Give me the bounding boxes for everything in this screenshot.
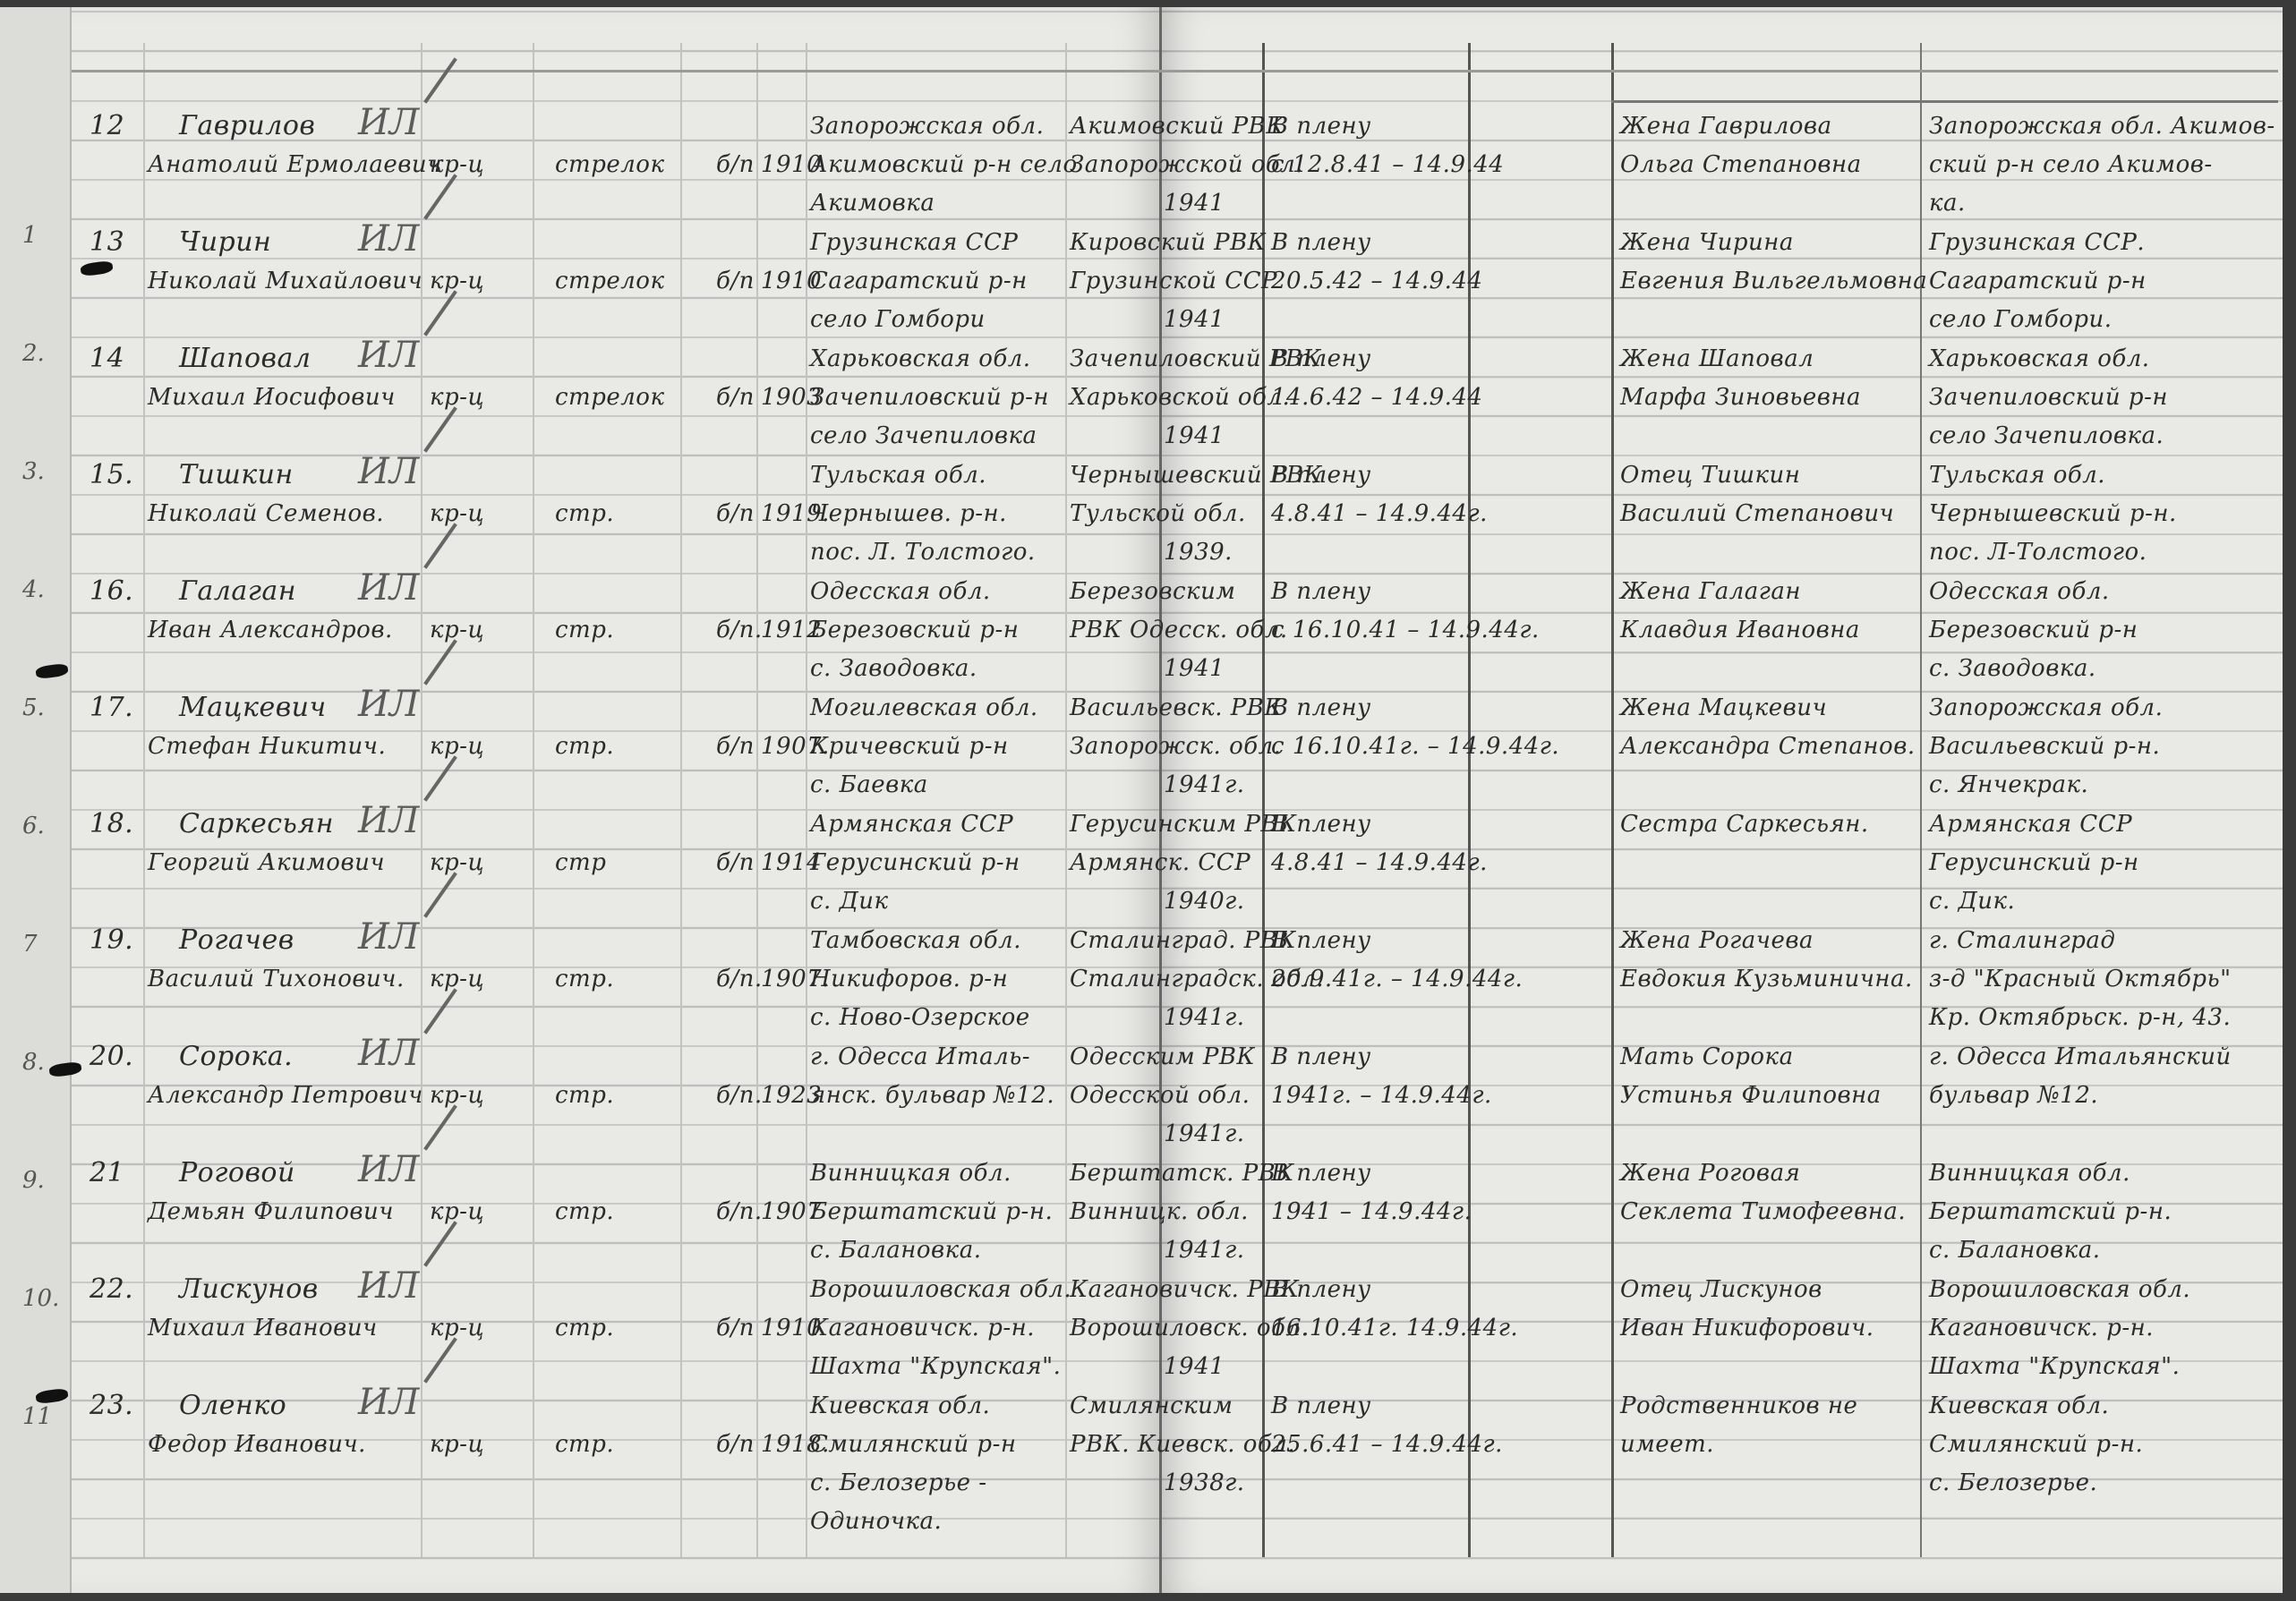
captivity-status-line: 25.6.41 – 14.9.44г. <box>1271 1426 1503 1463</box>
draft-office-line: Тульской обл. <box>1070 495 1246 532</box>
relative-line: имеет. <box>1620 1426 1714 1463</box>
rank: стрелок <box>555 146 664 183</box>
margin-number: 10. <box>22 1285 59 1312</box>
draft-office-line: 1941 <box>1164 650 1225 687</box>
birthplace-line: Одиночка. <box>810 1503 942 1540</box>
initials-mark: ИЛ <box>358 1033 419 1074</box>
relative-address-line: Берштатский р-н. <box>1929 1193 2172 1231</box>
social-status: кр-ц <box>430 146 484 183</box>
draft-office-line: Кагановичск. РВК <box>1070 1271 1299 1308</box>
row-number: 18. <box>90 805 133 843</box>
captivity-status-line: 16.10.41г. 14.9.44г. <box>1271 1309 1518 1347</box>
party-status: б/п <box>716 728 755 765</box>
birthplace-line: с. Дик <box>810 882 889 920</box>
relative-address-line: ка. <box>1929 184 1966 222</box>
captivity-status-line: В плену <box>1271 1387 1371 1425</box>
relative-address-line: с. Заводовка. <box>1929 650 2096 687</box>
draft-office-line: Харьковской обл. <box>1070 379 1290 416</box>
surname: Сорока. <box>179 1038 293 1076</box>
draft-office-line: 1938г. <box>1164 1464 1245 1502</box>
relative-address-line: Запорожская обл. Акимов- <box>1929 107 2275 145</box>
relative-address-line: Смилянский р-н. <box>1929 1426 2143 1463</box>
birthplace-line: село Зачепиловка <box>810 417 1037 455</box>
relative-address-line: с. Дик. <box>1929 882 2015 920</box>
relative-address-line: Киевская обл. <box>1929 1387 2109 1425</box>
captivity-status-line: с 16.10.41г. – 14.9.44г. <box>1271 728 1559 765</box>
given-names: Михаил Иосифович <box>148 379 396 416</box>
birthplace-line: с. Баевка <box>810 766 928 804</box>
relative-address-line: Винницкая обл. <box>1929 1154 2130 1192</box>
relative-line: Жена Шаповал <box>1620 340 1814 378</box>
rank: стр. <box>555 1309 614 1347</box>
draft-office-line: 1941 <box>1164 184 1225 222</box>
birthplace-line: Киевская обл. <box>810 1387 990 1425</box>
birthplace-line: янск. бульвар №12. <box>810 1077 1054 1114</box>
birthplace-line: Сагаратский р-н <box>810 262 1028 300</box>
draft-office-line: Одесской обл. <box>1070 1077 1250 1114</box>
draft-office-line: 1941г. <box>1164 1231 1245 1269</box>
given-names: Александр Петрович <box>148 1077 423 1114</box>
draft-office-line: Берштатск. РВК <box>1070 1154 1294 1192</box>
given-names: Михаил Иванович <box>148 1309 378 1347</box>
column-rule <box>1065 43 1067 1557</box>
column-rule <box>143 43 145 1557</box>
relative-address-line: Чернышевский р-н. <box>1929 495 2177 532</box>
relative-address-line: Березовский р-н <box>1929 611 2138 649</box>
party-status: б/п <box>716 495 755 532</box>
rank: стр. <box>555 1426 614 1463</box>
relative-address-line: с. Белозерье. <box>1929 1464 2097 1502</box>
rank: стрелок <box>555 262 664 300</box>
relative-line: Жена Гаврилова <box>1620 107 1832 145</box>
social-status: кр-ц <box>430 262 484 300</box>
row-number: 20. <box>90 1038 133 1076</box>
birthplace-line: Ворошиловская обл. <box>810 1271 1071 1308</box>
given-names: Стефан Никитич. <box>148 728 386 765</box>
rank: стр. <box>555 611 614 649</box>
relative-address-line: с. Балановка. <box>1929 1231 2100 1269</box>
relative-line: Жена Чирина <box>1620 224 1794 261</box>
column-rule <box>680 43 682 1557</box>
margin-number: 6. <box>22 813 45 839</box>
relative-line: Мать Сорока <box>1620 1038 1794 1076</box>
captivity-status-line: В плену <box>1271 340 1371 378</box>
surname: Лискунов <box>179 1271 319 1308</box>
row-number: 23. <box>90 1387 133 1425</box>
relative-line: Устинья Филиповна <box>1620 1077 1882 1114</box>
initials-mark: ИЛ <box>358 1149 419 1190</box>
birthplace-line: Могилевская обл. <box>810 689 1038 727</box>
relative-line: Иван Никифорович. <box>1620 1309 1874 1347</box>
initials-mark: ИЛ <box>358 1265 419 1307</box>
surname: Саркесьян <box>179 805 334 843</box>
relative-line: Отец Тишкин <box>1620 456 1800 494</box>
party-status: б/п <box>716 379 755 416</box>
social-status: кр-ц <box>430 1077 484 1114</box>
birthplace-line: Герусинский р-н <box>810 844 1020 881</box>
given-names: Анатолий Ермолаевич <box>148 146 442 183</box>
social-status: кр-ц <box>430 728 484 765</box>
relative-line: Александра Степанов. <box>1620 728 1916 765</box>
given-names: Федор Иванович. <box>148 1426 366 1463</box>
birthplace-line: с. Белозерье - <box>810 1464 987 1502</box>
draft-office-line: Грузинской ССР <box>1070 262 1277 300</box>
relative-address-line: село Гомбори. <box>1929 301 2112 338</box>
initials-mark: ИЛ <box>358 102 419 143</box>
draft-office-line: 1941г. <box>1164 766 1245 804</box>
relative-line: Родственников не <box>1620 1387 1857 1425</box>
social-status: кр-ц <box>430 844 484 881</box>
birthplace-line: Зачепиловский р-н <box>810 379 1049 416</box>
margin-number: 9. <box>22 1167 45 1194</box>
draft-office-line: 1941 <box>1164 1348 1225 1385</box>
surname: Шаповал <box>179 340 311 378</box>
relative-address-line: Грузинская ССР. <box>1929 224 2145 261</box>
captivity-status-line: В плену <box>1271 456 1371 494</box>
margin-number: 1 <box>22 222 38 249</box>
draft-office-line: Одесским РВК <box>1070 1038 1255 1076</box>
surname: Галаган <box>179 573 296 610</box>
relative-line: Евдокия Кузьминична. <box>1620 960 1913 998</box>
given-names: Николай Михайлович <box>148 262 422 300</box>
ledger-spread: 12ГавриловАнатолий ЕрмолаевичИЛкр-цстрел… <box>0 7 2296 1593</box>
margin-number: 7 <box>22 931 38 958</box>
draft-office-line: Акимовский РВК <box>1070 107 1285 145</box>
captivity-status-line: В плену <box>1271 805 1371 843</box>
draft-office-line: РВК. Киевск. обл. <box>1070 1426 1295 1463</box>
draft-office-line: Березовским <box>1070 573 1235 610</box>
relative-address-line: Зачепиловский р-н <box>1929 379 2168 416</box>
rank: стрелок <box>555 379 664 416</box>
social-status: кр-ц <box>430 611 484 649</box>
relative-address-line: г. Одесса Итальянский <box>1929 1038 2232 1076</box>
captivity-status-line: В плену <box>1271 1154 1371 1192</box>
initials-mark: ИЛ <box>358 567 419 609</box>
party-status: б/п <box>716 1426 755 1463</box>
relative-line: Жена Галаган <box>1620 573 1801 610</box>
birthplace-line: Березовский р-н <box>810 611 1019 649</box>
relative-line: Марфа Зиновьевна <box>1620 379 1861 416</box>
relative-address-line: з-д "Красный Октябрь" <box>1929 960 2232 998</box>
relative-line: Евгения Вильгельмовна <box>1620 262 1927 300</box>
relative-line: Клавдия Ивановна <box>1620 611 1860 649</box>
initials-mark: ИЛ <box>358 1382 419 1423</box>
draft-office-line: 1939. <box>1164 533 1233 571</box>
social-status: кр-ц <box>430 1309 484 1347</box>
relative-line: Секлета Тимофеевна. <box>1620 1193 1906 1231</box>
birthplace-line: пос. Л. Толстого. <box>810 533 1036 571</box>
birthplace-line: Грузинская ССР <box>810 224 1018 261</box>
birthplace-line: Харьковская обл. <box>810 340 1031 378</box>
given-names: Демьян Филипович <box>148 1193 394 1231</box>
row-number: 16. <box>90 573 133 610</box>
party-status: б/п. <box>716 960 763 998</box>
social-status: кр-ц <box>430 1193 484 1231</box>
social-status: кр-ц <box>430 960 484 998</box>
social-status: кр-ц <box>430 1426 484 1463</box>
rank: стр. <box>555 960 614 998</box>
row-number: 15. <box>90 456 133 494</box>
relative-line: Сестра Саркесьян. <box>1620 805 1869 843</box>
relative-address-line: Запорожская обл. <box>1929 689 2163 727</box>
margin-number: 2. <box>22 340 45 367</box>
party-status: б/п. <box>716 1077 763 1114</box>
draft-office-line: Запорожской обл. <box>1070 146 1303 183</box>
birthplace-line: с. Заводовка. <box>810 650 977 687</box>
relative-address-line: бульвар №12. <box>1929 1077 2098 1114</box>
party-status: б/п. <box>716 1193 763 1231</box>
captivity-status-line: 1941 – 14.9.44г. <box>1271 1193 1472 1231</box>
birthplace-line: Акимовский р-н село <box>810 146 1078 183</box>
surname: Гаврилов <box>179 107 315 145</box>
captivity-status-line: В плену <box>1271 922 1371 959</box>
draft-office-line: 1941 <box>1164 301 1225 338</box>
relative-address-line: г. Сталинград <box>1929 922 2115 959</box>
captivity-status-line: 20.5.42 – 14.9.44 <box>1271 262 1483 300</box>
draft-office-line: Сталинград. РВК <box>1070 922 1296 959</box>
draft-office-line: Армянск. ССР <box>1070 844 1250 881</box>
draft-office-line: Кировский РВК <box>1070 224 1266 261</box>
surname: Мацкевич <box>179 689 327 727</box>
margin-number: 4. <box>22 576 45 603</box>
rank: стр. <box>555 728 614 765</box>
birthplace-line: Шахта "Крупская". <box>810 1348 1061 1385</box>
surname: Оленко <box>179 1387 286 1425</box>
birthplace-line: село Гомбори <box>810 301 986 338</box>
surname: Рогачев <box>179 922 294 959</box>
relative-address-line: Шахта "Крупская". <box>1929 1348 2180 1385</box>
initials-mark: ИЛ <box>358 800 419 841</box>
surname: Роговой <box>179 1154 295 1192</box>
captivity-status-line: с 16.10.41 – 14.9.44г. <box>1271 611 1540 649</box>
draft-office-line: 1941г. <box>1164 999 1245 1036</box>
relative-address-line: Сагаратский р-н <box>1929 262 2147 300</box>
given-names: Василий Тихонович. <box>148 960 405 998</box>
relative-address-line: Кагановичск. р-н. <box>1929 1309 2154 1347</box>
given-names: Николай Семенов. <box>148 495 384 532</box>
rank: стр. <box>555 1077 614 1114</box>
relative-address-line: Ворошиловская обл. <box>1929 1271 2190 1308</box>
draft-office-line: Герусинским РВК <box>1070 805 1297 843</box>
margin-number: 3. <box>22 458 45 485</box>
margin-number: 8. <box>22 1049 45 1076</box>
relative-line: Жена Мацкевич <box>1620 689 1827 727</box>
relative-address-line: Герусинский р-н <box>1929 844 2139 881</box>
captivity-status-line: В плену <box>1271 573 1371 610</box>
birthplace-line: Запорожская обл. <box>810 107 1044 145</box>
relative-line: Отец Лискунов <box>1620 1271 1822 1308</box>
header-rule <box>1611 100 2278 103</box>
social-status: кр-ц <box>430 379 484 416</box>
surname: Чирин <box>179 224 271 261</box>
captivity-status-line: В плену <box>1271 1271 1371 1308</box>
birthplace-line: Одесская обл. <box>810 573 991 610</box>
relative-line: Ольга Степановна <box>1620 146 1862 183</box>
birthplace-line: Акимовка <box>810 184 935 222</box>
birthplace-line: Винницкая обл. <box>810 1154 1011 1192</box>
surname: Тишкин <box>179 456 294 494</box>
initials-mark: ИЛ <box>358 684 419 725</box>
birthplace-line: Кричевский р-н <box>810 728 1009 765</box>
party-status: б/п <box>716 262 755 300</box>
row-number: 19. <box>90 922 133 959</box>
row-number: 22. <box>90 1271 133 1308</box>
birthplace-line: Тульская обл. <box>810 456 986 494</box>
initials-mark: ИЛ <box>358 451 419 492</box>
draft-office-line: Смилянским <box>1070 1387 1233 1425</box>
party-status: б/п <box>716 844 755 881</box>
relative-address-line: Харьковская обл. <box>1929 340 2150 378</box>
birthplace-line: Тамбовская обл. <box>810 922 1021 959</box>
relative-line: Василий Степанович <box>1620 495 1894 532</box>
social-status: кр-ц <box>430 495 484 532</box>
captivity-status-line: В плену <box>1271 107 1371 145</box>
birthplace-line: с. Ново-Озерское <box>810 999 1030 1036</box>
draft-office-line: Запорожск. обл. <box>1070 728 1281 765</box>
birthplace-line: Смилянский р-н <box>810 1426 1017 1463</box>
margin-number: 11 <box>22 1403 52 1430</box>
draft-office-line: 1941 <box>1164 417 1225 455</box>
birthplace-line: Армянская ССР <box>810 805 1013 843</box>
draft-office-line: 1941г. <box>1164 1115 1245 1153</box>
relative-line: Жена Роговая <box>1620 1154 1800 1192</box>
rank: стр. <box>555 1193 614 1231</box>
captivity-status-line: В плену <box>1271 689 1371 727</box>
captivity-status-line: В плену <box>1271 224 1371 261</box>
row-number: 21 <box>90 1154 124 1192</box>
draft-office-line: Васильевск. РВК <box>1070 689 1283 727</box>
party-status: б/п. <box>716 611 763 649</box>
column-rule <box>756 43 758 1557</box>
captivity-status-line: 4.8.41 – 14.9.44г. <box>1271 495 1488 532</box>
initials-mark: ИЛ <box>358 335 419 376</box>
birthplace-line: с. Балановка. <box>810 1231 981 1269</box>
initials-mark: ИЛ <box>358 916 419 958</box>
given-names: Георгий Акимович <box>148 844 385 881</box>
rank: стр. <box>555 495 614 532</box>
relative-address-line: Армянская ССР <box>1929 805 2132 843</box>
birthplace-line: Кагановичск. р-н. <box>810 1309 1035 1347</box>
birthplace-line: Чернышев. р-н. <box>810 495 1007 532</box>
relative-address-line: Васильевский р-н. <box>1929 728 2160 765</box>
captivity-status-line: 14.6.42 – 14.9.44 <box>1271 379 1483 416</box>
captivity-status-line: В плену <box>1271 1038 1371 1076</box>
relative-address-line: Одесская обл. <box>1929 573 2110 610</box>
relative-address-line: пос. Л-Толстого. <box>1929 533 2147 571</box>
birthplace-line: Берштатский р-н. <box>810 1193 1053 1231</box>
initials-mark: ИЛ <box>358 218 419 260</box>
relative-address-line: ский р-н село Акимов- <box>1929 146 2213 183</box>
column-rule <box>533 43 534 1557</box>
column-rule-dark <box>1611 43 1614 1557</box>
birthplace-line: г. Одесса Италь- <box>810 1038 1030 1076</box>
row-number: 12 <box>90 107 124 145</box>
relative-line: Жена Рогачева <box>1620 922 1814 959</box>
captivity-status-line: 20.9.41г. – 14.9.44г. <box>1271 960 1523 998</box>
margin-number: 5. <box>22 694 45 721</box>
given-names: Иван Александров. <box>148 611 393 649</box>
row-number: 14 <box>90 340 124 378</box>
relative-address-line: село Зачепиловка. <box>1929 417 2164 455</box>
party-status: б/п <box>716 1309 755 1347</box>
captivity-status-line: 1941г. – 14.9.44г. <box>1271 1077 1492 1114</box>
rank: стр <box>555 844 606 881</box>
birthplace-line: Никифоров. р-н <box>810 960 1008 998</box>
relative-address-line: Тульская обл. <box>1929 456 2105 494</box>
header-rule <box>72 70 2278 72</box>
draft-office-line: 1940г. <box>1164 882 1245 920</box>
captivity-status-line: 4.8.41 – 14.9.44г. <box>1271 844 1488 881</box>
captivity-status-line: с 12.8.41 – 14.9.44 <box>1271 146 1504 183</box>
row-number: 13 <box>90 224 124 261</box>
row-number: 17. <box>90 689 133 727</box>
relative-address-line: Кр. Октябрьск. р-н, 43. <box>1929 999 2231 1036</box>
relative-address-line: с. Янчекрак. <box>1929 766 2088 804</box>
party-status: б/п <box>716 146 755 183</box>
draft-office-line: РВК Одесск. обл. <box>1070 611 1288 649</box>
draft-office-line: Винницк. обл. <box>1070 1193 1249 1231</box>
